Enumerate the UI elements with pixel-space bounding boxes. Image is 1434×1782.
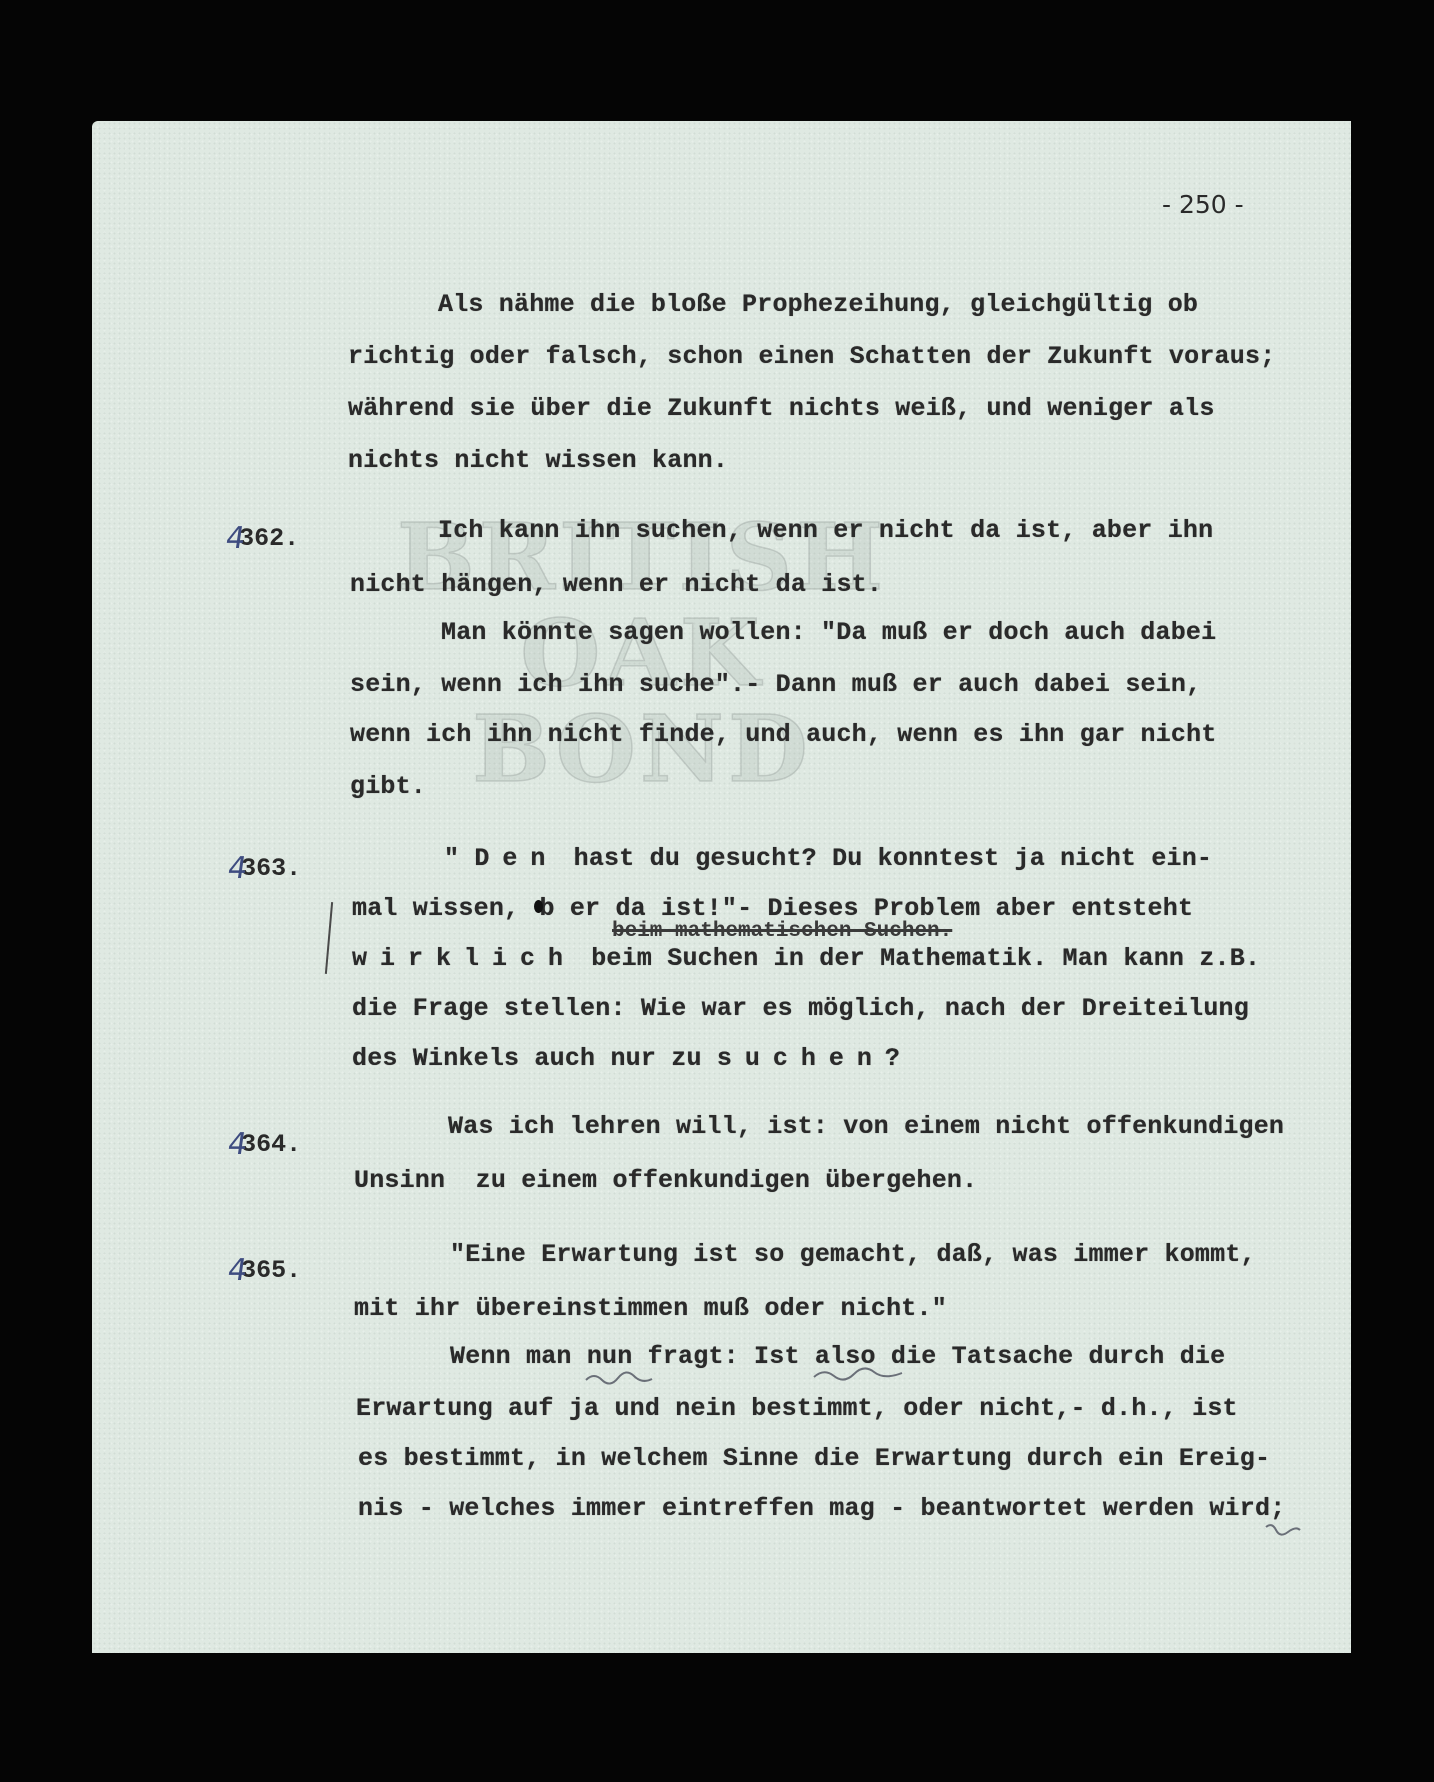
remark-number-362: 4362. — [226, 518, 299, 553]
p363-line-5: des Winkels auch nur zu suchen? — [352, 1044, 900, 1073]
intro-line-3: während sie über die Zukunft nichts weiß… — [348, 394, 1215, 423]
paper-watermark: BRITISH OAK BOND — [332, 509, 952, 797]
line-text: beim Suchen in der Mathematik. Man kann … — [576, 944, 1260, 973]
emphasized-word: Den — [474, 844, 558, 873]
p363-line-1: " Den hast du gesucht? Du konntest ja ni… — [444, 844, 1212, 873]
line-text: mal wissen, — [352, 894, 534, 923]
remark-number-text: 364. — [241, 1130, 301, 1159]
p363-line-3: wirklich beim Suchen in der Mathematik. … — [352, 944, 1260, 973]
remark-number-365: 4365. — [228, 1250, 301, 1285]
p364-line-2: Unsinn zu einem offenkundigen übergehen. — [354, 1166, 977, 1195]
line-text: hast du gesucht? Du konntest ja nicht ei… — [558, 844, 1212, 873]
p362-line-2: nicht hängen, wenn er nicht da ist. — [350, 570, 882, 599]
p363-line-4: die Frage stellen: Wie war es möglich, n… — [352, 994, 1249, 1023]
line-text: des Winkels auch nur zu — [352, 1044, 717, 1073]
pencil-mark-end — [1264, 1522, 1304, 1538]
p362-line-3: Man könnte sagen wollen: "Da muß er doch… — [441, 618, 1216, 647]
intro-line-2: richtig oder falsch, schon einen Schatte… — [348, 342, 1275, 371]
p365-line-6: nis - welches immer eintreffen mag - bea… — [358, 1494, 1285, 1523]
p362-line-6: gibt. — [350, 772, 426, 801]
quote-mark: " — [444, 844, 474, 873]
p365-line-2: mit ihr übereinstimmen muß oder nicht." — [354, 1294, 947, 1323]
p365-line-1: "Eine Erwartung ist so gemacht, daß, was… — [450, 1240, 1256, 1269]
remark-number-text: 362. — [239, 524, 299, 553]
p362-line-1: Ich kann ihn suchen, wenn er nicht da is… — [438, 516, 1213, 545]
p365-line-4: Erwartung auf ja und nein bestimmt, oder… — [356, 1394, 1238, 1423]
p365-line-5: es bestimmt, in welchem Sinne die Erwart… — [358, 1444, 1270, 1473]
remark-number-363: 4363. — [228, 848, 301, 883]
p362-line-4: sein, wenn ich ihn suche".- Dann muß er … — [350, 670, 1201, 699]
line-text: b er da ist!"- Dieses Problem aber entst… — [539, 894, 1193, 923]
page-number: - 250 - — [1162, 190, 1244, 219]
remark-number-364: 4364. — [228, 1124, 301, 1159]
p364-line-1: Was ich lehren will, ist: von einem nich… — [448, 1112, 1284, 1141]
pencil-underline-also — [812, 1366, 912, 1382]
p362-line-5: wenn ich ihn nicht finde, und auch, wenn… — [350, 720, 1217, 749]
emphasized-word: wirklich — [352, 944, 576, 973]
struck-out-insertion: beim mathematischen Suchen. — [612, 920, 952, 943]
pencil-underline-nun — [584, 1370, 664, 1386]
remark-number-text: 365. — [241, 1256, 301, 1285]
remark-number-text: 363. — [241, 854, 301, 883]
question-mark: ? — [885, 1044, 900, 1073]
p363-line-2: mal wissen, b er da ist!"- Dieses Proble… — [352, 894, 1193, 923]
intro-line-4: nichts nicht wissen kann. — [348, 446, 728, 475]
emphasized-word: suchen — [717, 1044, 885, 1073]
intro-line-1: Als nähme die bloße Prophezeihung, gleic… — [438, 290, 1198, 319]
